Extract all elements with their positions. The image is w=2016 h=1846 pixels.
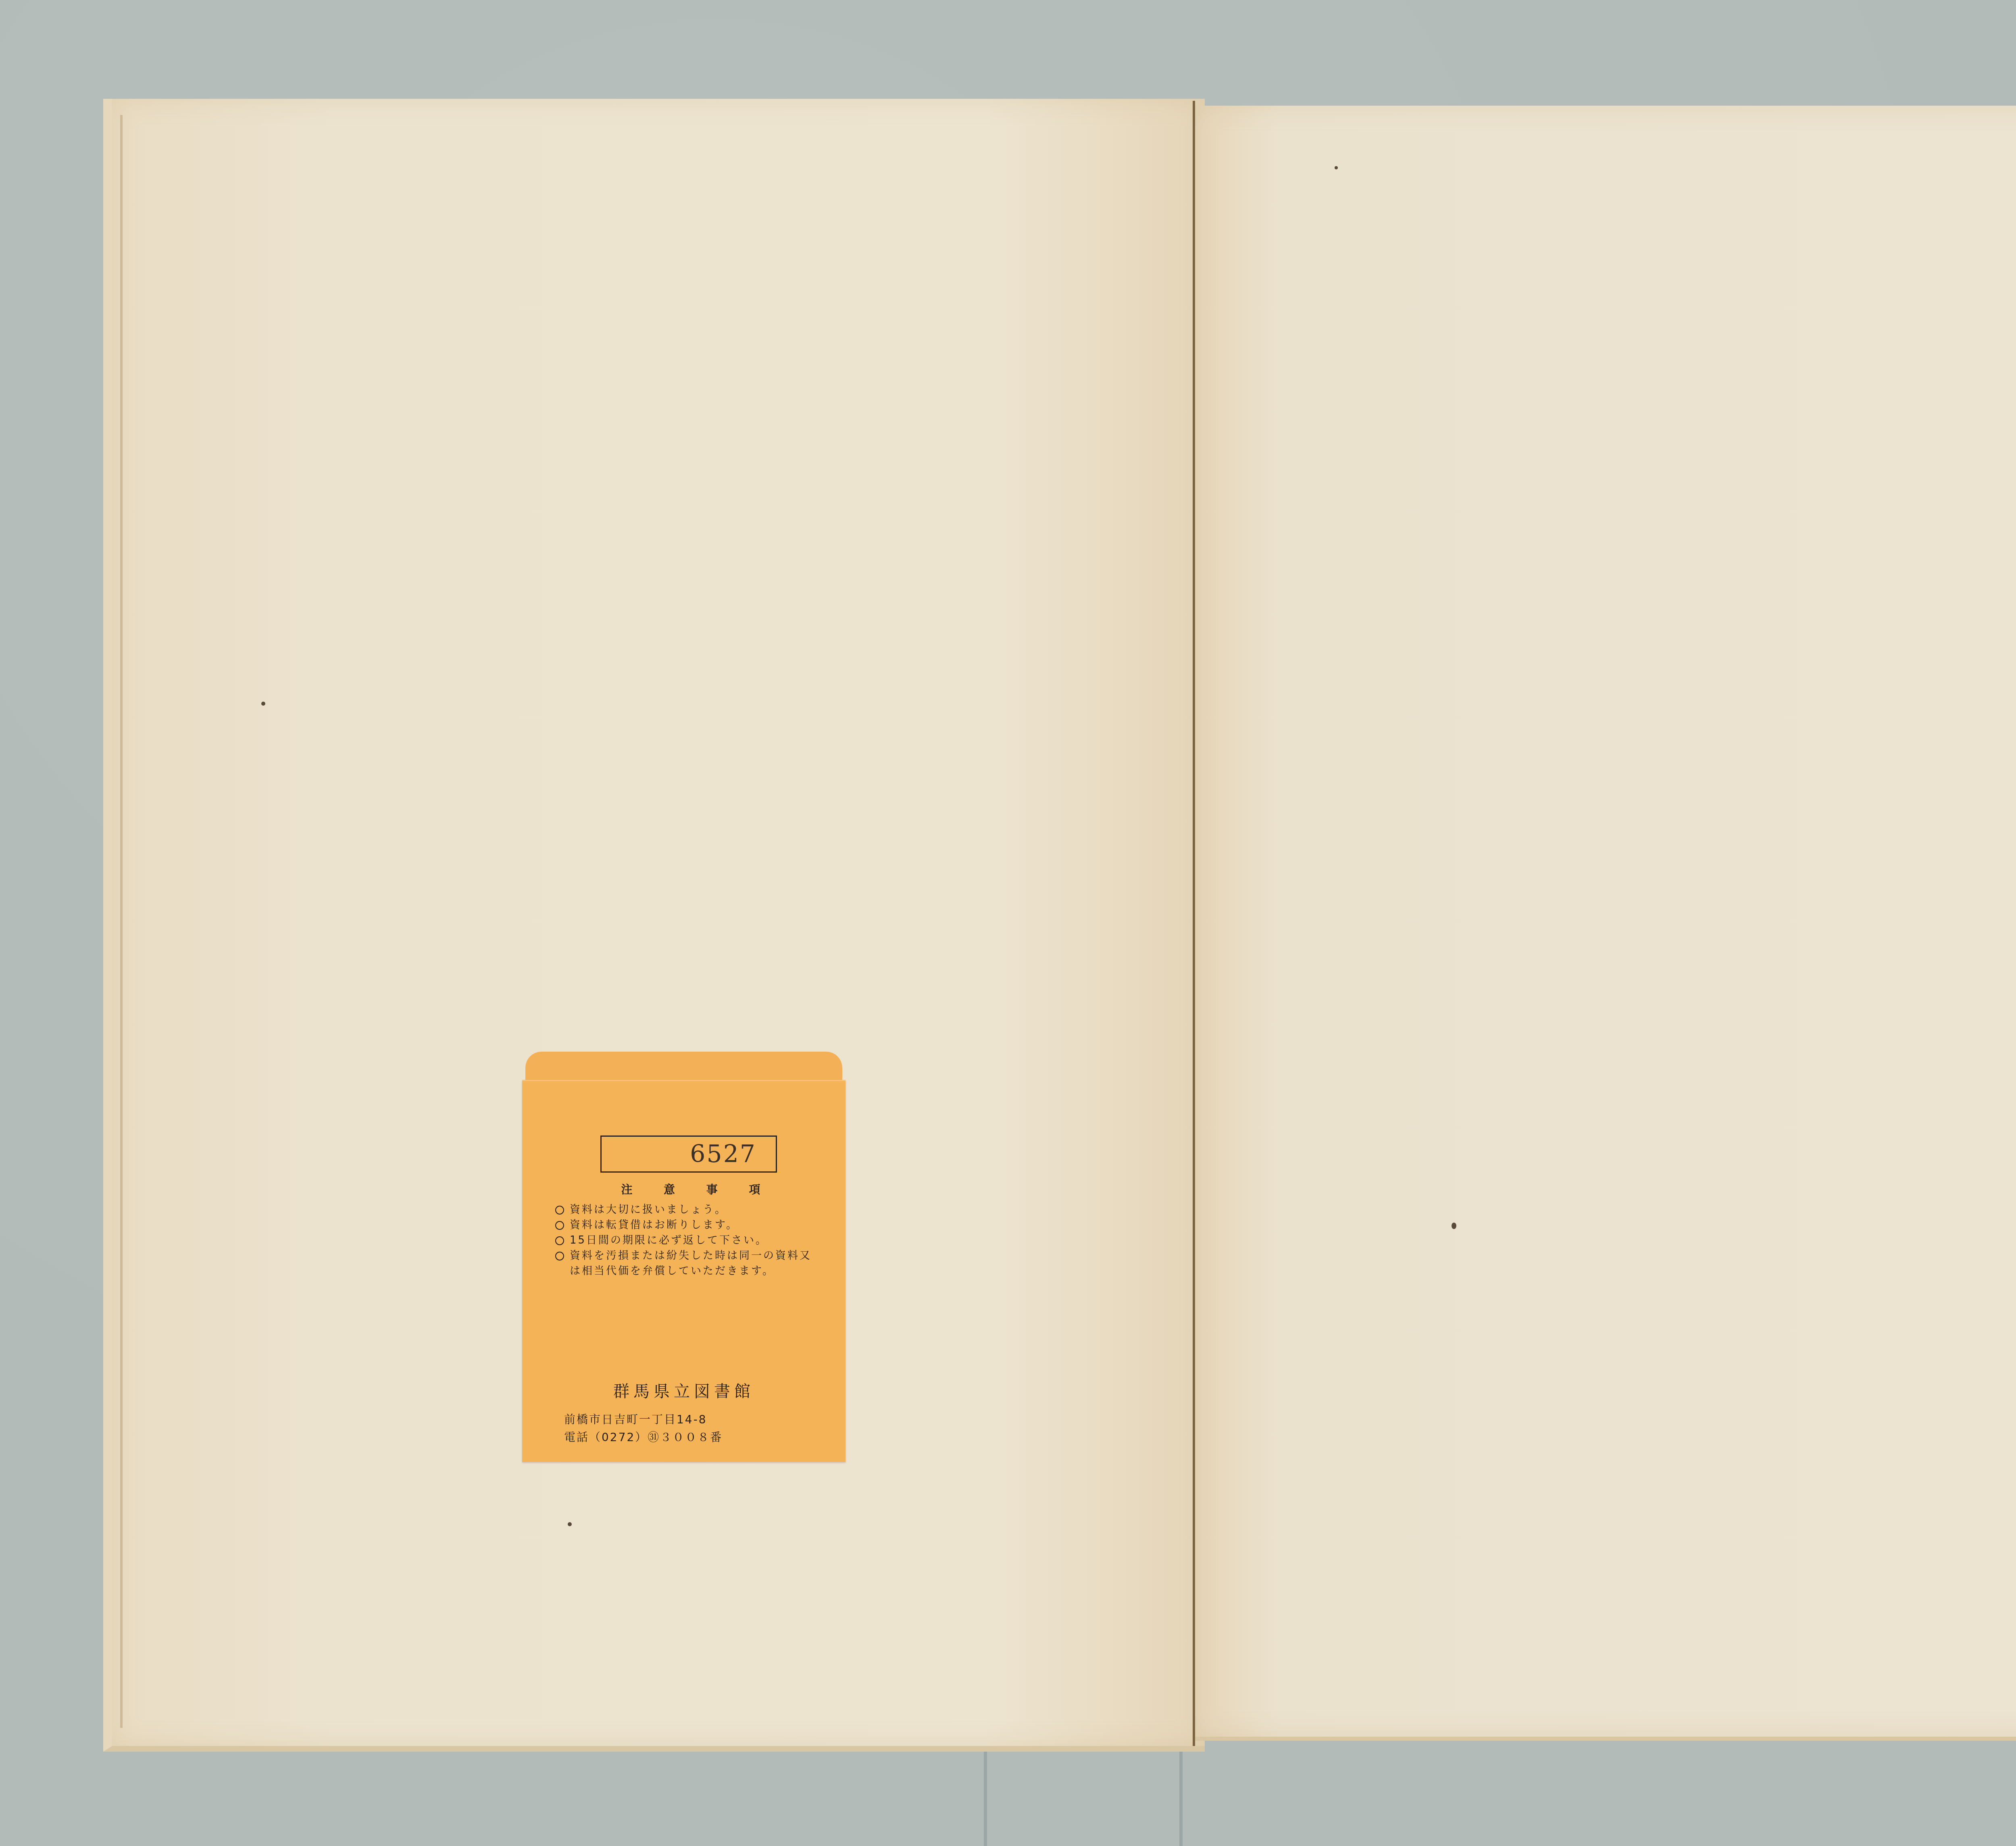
notice-title: 注 意 事 項 <box>522 1181 859 1197</box>
left-page <box>103 99 1205 1752</box>
right-page <box>1193 106 2016 1741</box>
notice-item: 資料は大切に扱いましょう。 <box>555 1202 813 1217</box>
library-name: 群馬県立図書館 <box>522 1379 846 1402</box>
paper-speck <box>1452 1223 1456 1229</box>
paper-speck <box>1335 166 1338 169</box>
notice-item: 資料は転貸借はお断りします。 <box>555 1217 813 1233</box>
notice-item: 資料を汚損または紛失した時は同一の資料又は相当代価を弁償していただきます。 <box>555 1248 813 1279</box>
notice-item: 15日間の期限に必ず返して下さい。 <box>555 1233 813 1248</box>
library-card-pocket: 6527 注 意 事 項 資料は大切に扱いましょう。 資料は転貸借はお断りします… <box>525 1052 842 1461</box>
library-phone: 電話（0272）㉛３００８番 <box>564 1429 723 1445</box>
call-number: 6527 <box>600 1136 777 1173</box>
paper-speck <box>261 702 265 706</box>
book-gutter <box>1193 101 1195 1746</box>
library-address: 前橋市日吉町一丁目14-8 <box>564 1411 707 1427</box>
paper-speck <box>568 1522 572 1526</box>
notice-list: 資料は大切に扱いましょう。 資料は転貸借はお断りします。 15日間の期限に必ず返… <box>555 1202 813 1279</box>
pocket-body: 6527 注 意 事 項 資料は大切に扱いましょう。 資料は転貸借はお断りします… <box>522 1080 846 1462</box>
